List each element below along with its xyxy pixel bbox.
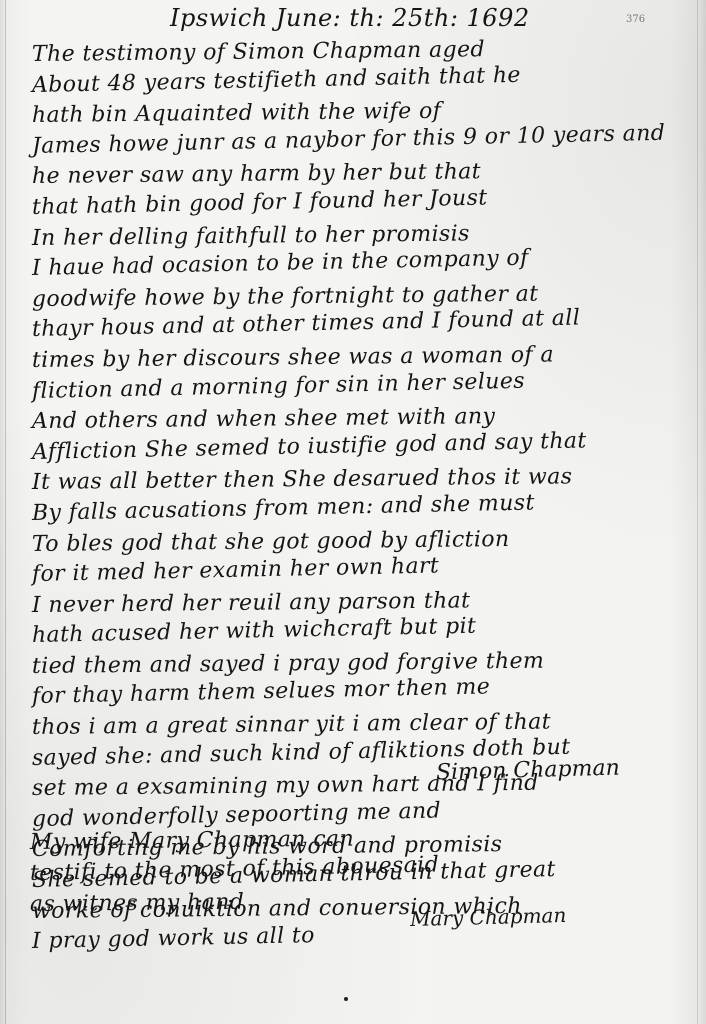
attestation-line: as witnes my hand: [30, 883, 690, 921]
signature-simon-chapman: Simon Chapman: [436, 756, 620, 786]
page-edge-left: [5, 0, 6, 1024]
testimony-body: The testimony of Simon Chapman agedAbout…: [32, 40, 692, 958]
signature-mary-chapman: Mary Chapman: [410, 903, 567, 931]
ink-speck: [344, 997, 348, 1001]
manuscript-page: Ipswich June: th: 25th: 1692 376 The tes…: [0, 0, 706, 1024]
attestation-block: My wife Mary Chapman cantestifi to the m…: [30, 828, 690, 921]
folio-number: 376: [626, 14, 645, 25]
document-header: Ipswich June: th: 25th: 1692: [170, 4, 530, 32]
page-edge-right: [697, 0, 698, 1024]
